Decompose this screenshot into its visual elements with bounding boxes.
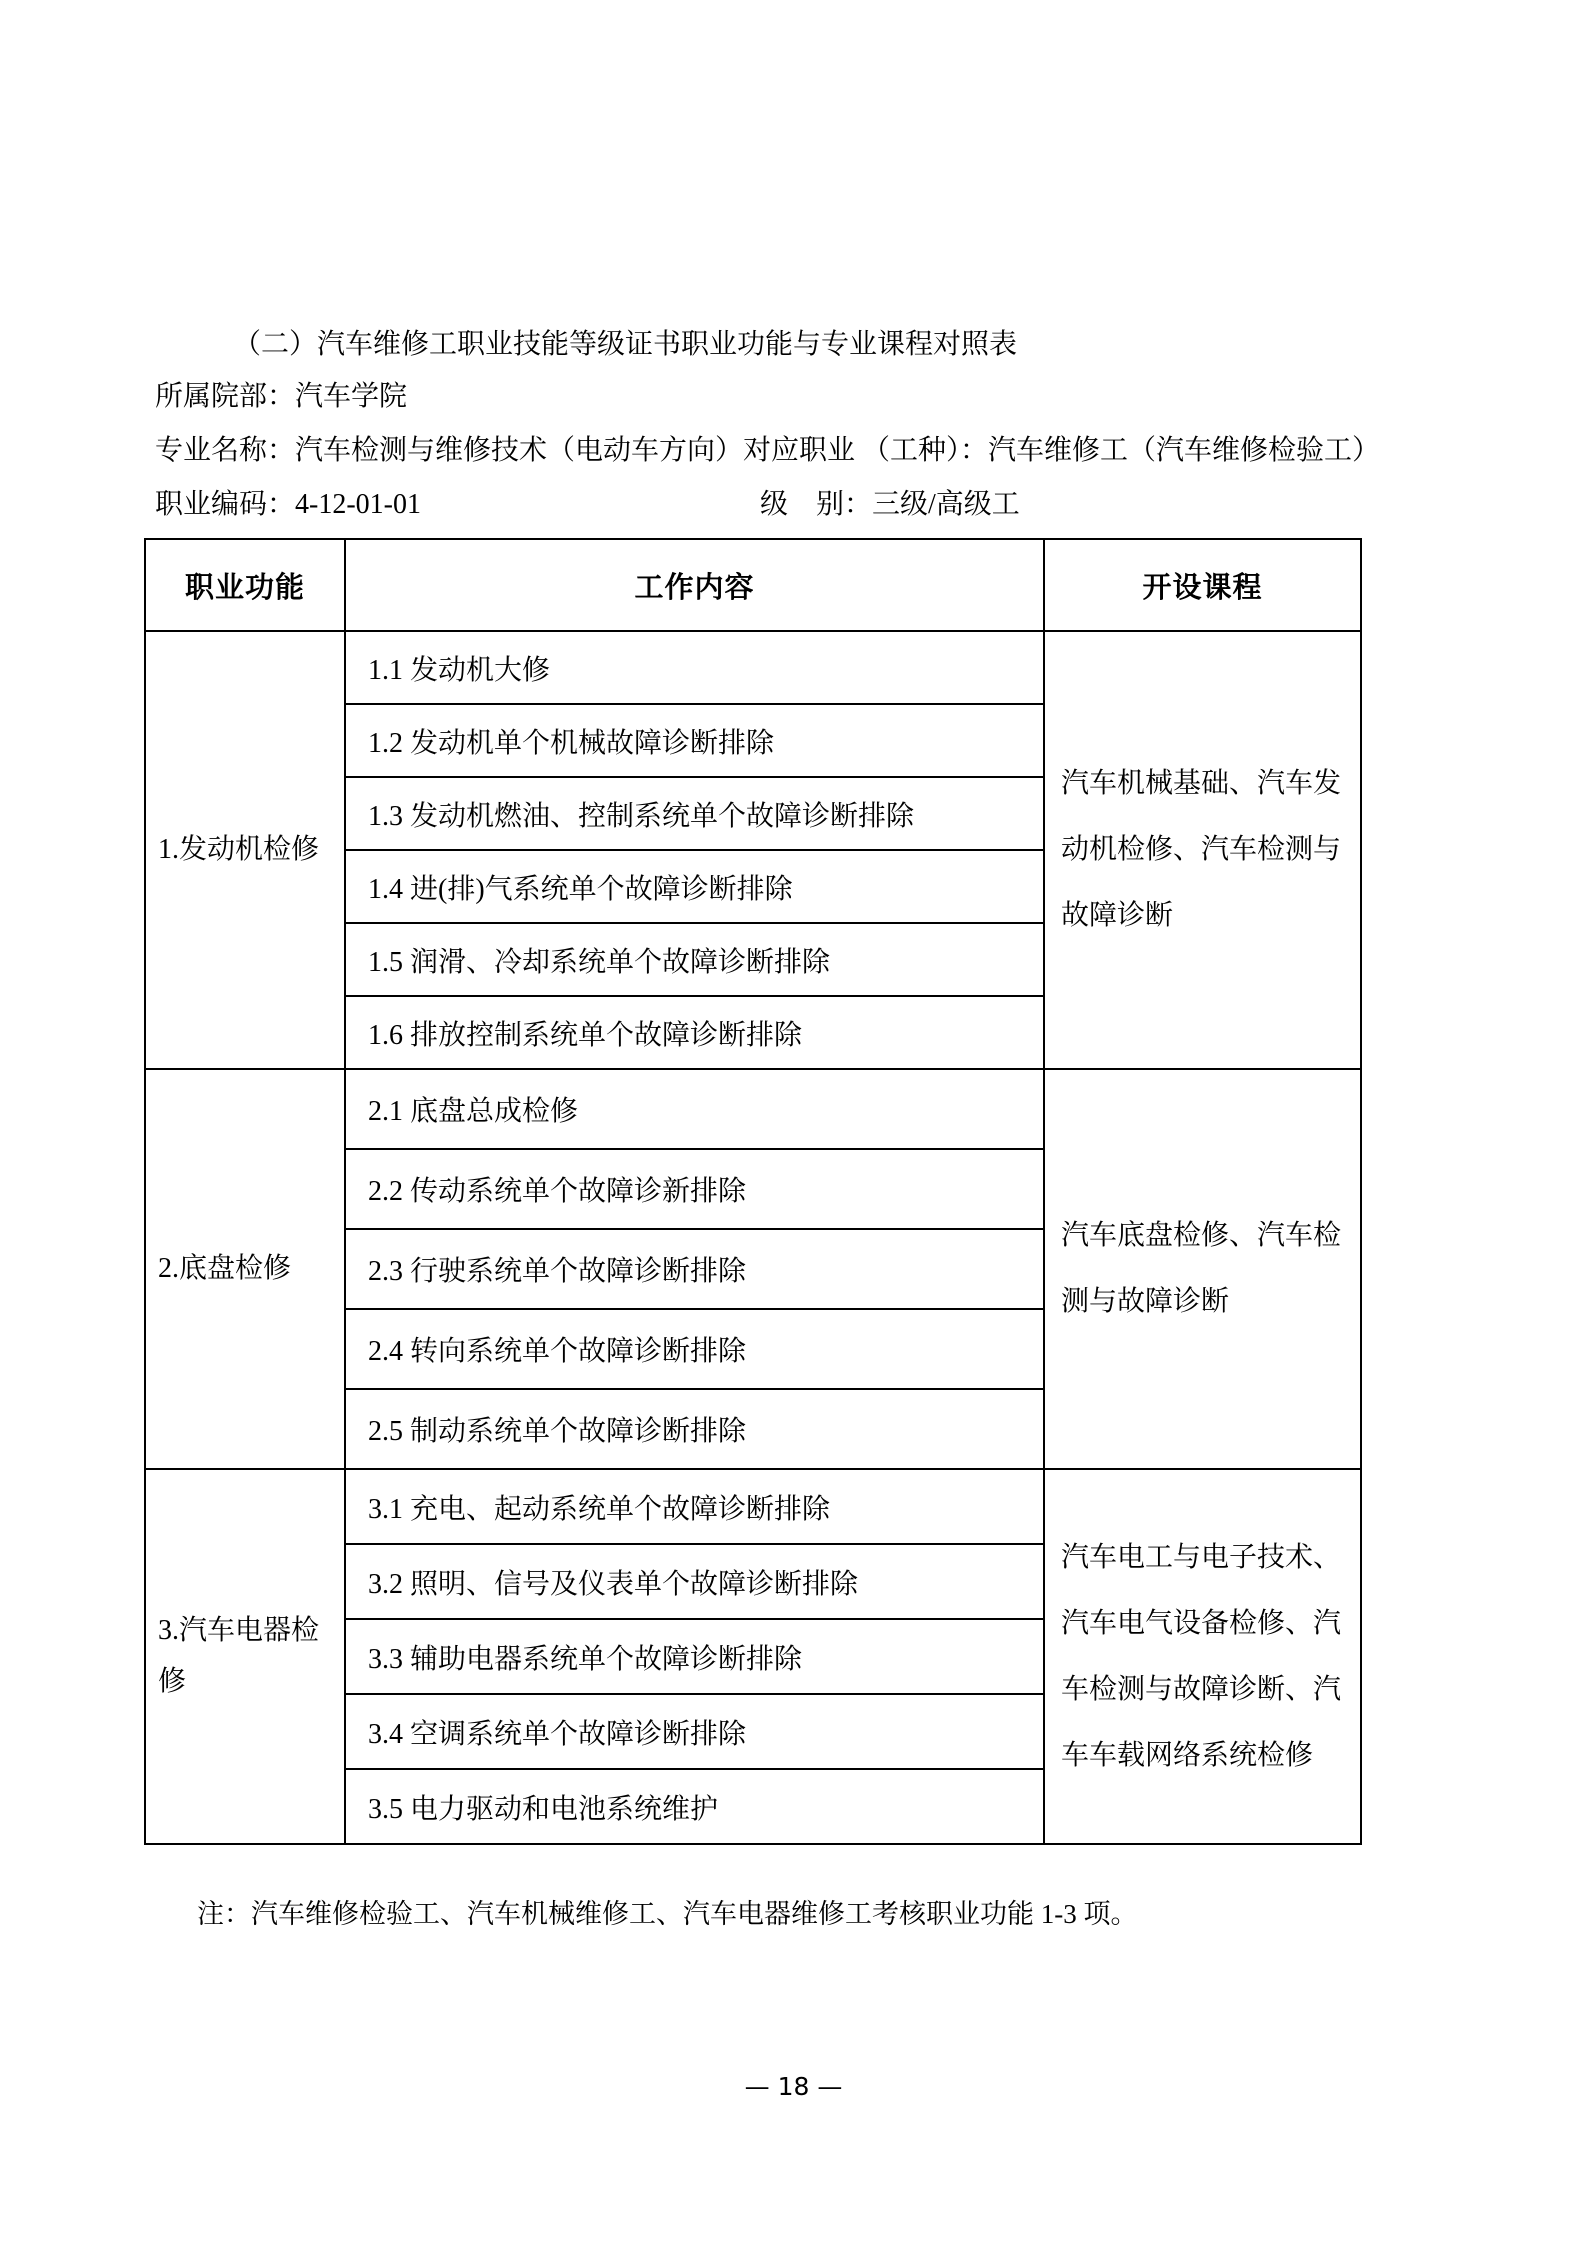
section-title: （二）汽车维修工职业技能等级证书职业功能与专业课程对照表 — [233, 322, 1017, 362]
major-line: 专业名称：汽车检测与维修技术（电动车方向）对应职业 （工种）：汽车维修工（汽车维… — [155, 428, 1380, 468]
task-cell: 2.3 行驶系统单个故障诊断排除 — [345, 1229, 1044, 1309]
task-cell: 1.5 润滑、冷却系统单个故障诊断排除 — [345, 923, 1044, 996]
task-cell: 3.3 辅助电器系统单个故障诊断排除 — [345, 1619, 1044, 1694]
task-cell: 3.2 照明、信号及仪表单个故障诊断排除 — [345, 1544, 1044, 1619]
task-cell: 1.6 排放控制系统单个故障诊断排除 — [345, 996, 1044, 1069]
level-text: 级 别：三级/高级工 — [760, 482, 1020, 522]
function-cell-engine: 1.发动机检修 — [145, 631, 345, 1069]
page-number: — 18 — — [0, 2072, 1587, 2101]
course-cell-chassis: 汽车底盘检修、汽车检测与故障诊断 — [1044, 1069, 1361, 1469]
task-cell: 1.3 发动机燃油、控制系统单个故障诊断排除 — [345, 777, 1044, 850]
course-cell-electrical: 汽车电工与电子技术、汽车电气设备检修、汽车检测与故障诊断、汽车车载网络系统检修 — [1044, 1469, 1361, 1844]
occupation-code: 职业编码：4-12-01-01 — [155, 489, 421, 520]
task-cell: 3.5 电力驱动和电池系统维护 — [345, 1769, 1044, 1844]
table-row: 3.汽车电器检修 3.1 充电、起动系统单个故障诊断排除 汽车电工与电子技术、汽… — [145, 1469, 1361, 1544]
course-cell-engine: 汽车机械基础、汽车发动机检修、汽车检测与故障诊断 — [1044, 631, 1361, 1069]
task-cell: 3.4 空调系统单个故障诊断排除 — [345, 1694, 1044, 1769]
task-cell: 2.2 传动系统单个故障诊新排除 — [345, 1149, 1044, 1229]
task-cell: 1.1 发动机大修 — [345, 631, 1044, 704]
task-cell: 1.4 进(排)气系统单个故障诊断排除 — [345, 850, 1044, 923]
function-cell-chassis: 2.底盘检修 — [145, 1069, 345, 1469]
task-cell: 2.1 底盘总成检修 — [345, 1069, 1044, 1149]
task-cell: 2.4 转向系统单个故障诊断排除 — [345, 1309, 1044, 1389]
task-cell: 3.1 充电、起动系统单个故障诊断排除 — [345, 1469, 1044, 1544]
function-course-mapping-table: 职业功能 工作内容 开设课程 1.发动机检修 1.1 发动机大修 汽车机械基础、… — [144, 538, 1362, 1845]
table-row: 2.底盘检修 2.1 底盘总成检修 汽车底盘检修、汽车检测与故障诊断 — [145, 1069, 1361, 1149]
task-cell: 1.2 发动机单个机械故障诊断排除 — [345, 704, 1044, 777]
table-row: 1.发动机检修 1.1 发动机大修 汽车机械基础、汽车发动机检修、汽车检测与故障… — [145, 631, 1361, 704]
function-cell-electrical: 3.汽车电器检修 — [145, 1469, 345, 1844]
footnote: 注：汽车维修检验工、汽车机械维修工、汽车电器维修工考核职业功能 1-3 项。 — [197, 1892, 1138, 1931]
task-cell: 2.5 制动系统单个故障诊断排除 — [345, 1389, 1044, 1469]
code-line: 职业编码：4-12-01-01 级 别：三级/高级工 — [155, 482, 421, 522]
document-page: （二）汽车维修工职业技能等级证书职业功能与专业课程对照表 所属院部：汽车学院 专… — [0, 0, 1587, 2245]
department-line: 所属院部：汽车学院 — [155, 374, 407, 414]
header-cell-work: 工作内容 — [345, 539, 1044, 631]
header-cell-function: 职业功能 — [145, 539, 345, 631]
table-header-row: 职业功能 工作内容 开设课程 — [145, 539, 1361, 631]
header-cell-course: 开设课程 — [1044, 539, 1361, 631]
